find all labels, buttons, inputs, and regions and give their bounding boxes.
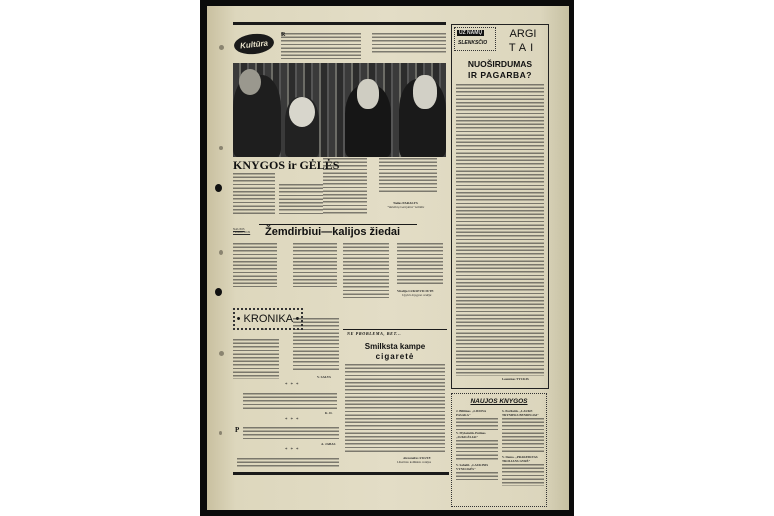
column3-body bbox=[345, 364, 445, 452]
book-item-1: J. Biliūnas. „LIŪDNA PASAKA" bbox=[456, 410, 498, 417]
article2-col3 bbox=[343, 243, 389, 298]
article2-col1 bbox=[233, 243, 277, 287]
new-books-box: NAUJOS KNYGOS J. Biliūnas. „LIŪDNA PASAK… bbox=[451, 393, 547, 507]
kronika-dot: • bbox=[263, 328, 268, 333]
book-item-4: S. Povilaitis. „LAUKE TRYNIEKS BENDELIAI… bbox=[502, 410, 544, 417]
article2-kicker: NAUJOS TRADICIJOS bbox=[233, 228, 257, 235]
book-item-3: V. Sabališ. „LAUKINIS VYNUOGĖS" bbox=[456, 464, 498, 471]
binder-hole bbox=[219, 250, 223, 255]
kronika-item2 bbox=[243, 393, 337, 411]
article1-col2 bbox=[279, 184, 323, 215]
column3-byline-sub: Libertinio kolūkinio vedėjas bbox=[397, 461, 447, 465]
sidebar-title-line3: NUOŠIRDUMAS bbox=[452, 59, 548, 69]
binder-hole bbox=[219, 431, 222, 435]
intro-dropcap: R bbox=[281, 32, 285, 38]
intro-text-col1 bbox=[281, 33, 361, 59]
kronika-dropcap: P bbox=[235, 426, 239, 434]
binder-hole bbox=[215, 288, 222, 296]
sidebar-title-line1: ARGI bbox=[500, 28, 546, 40]
binder-hole bbox=[219, 146, 223, 150]
section-divider bbox=[259, 224, 417, 225]
book-item-4-desc bbox=[502, 418, 544, 454]
separator-stars: *** bbox=[285, 418, 302, 423]
book-item-5-desc bbox=[502, 464, 544, 486]
book-item-5: V. Domo. „PRAKEIKTAS TROLIANS GYRĖ" bbox=[502, 456, 544, 463]
bottom-rule bbox=[233, 472, 449, 475]
article2-byline-sub: Upytės knygyno vedėja bbox=[402, 294, 446, 298]
kronika-byline2: K. D. bbox=[325, 412, 345, 416]
kultura-logo: Kultūra bbox=[233, 32, 275, 56]
kultura-logo-text: Kultūra bbox=[240, 38, 269, 50]
book-item-3-desc bbox=[456, 472, 498, 480]
sidebar-badge-line1: UŽ NAMŲ bbox=[457, 30, 484, 36]
kronika-col2 bbox=[293, 318, 339, 372]
sidebar-badge: UŽ NAMŲ SLENKSČIO bbox=[454, 27, 496, 51]
newspaper-page: Kultūra R KNYGOS ir GĖLĖS Tadas PARALYS … bbox=[207, 6, 569, 510]
photo-four-people bbox=[233, 63, 446, 157]
sidebar-box: UŽ NAMŲ SLENKSČIO ARGI TAI NUOŠIRDUMAS I… bbox=[451, 24, 549, 389]
kronika-byline1: V. SALYS bbox=[317, 376, 341, 380]
kicker-rule bbox=[343, 329, 447, 330]
book-item-2-desc bbox=[456, 440, 498, 460]
book-item-2: V. Mykolaitis-Putinas. „SUKILĖLIAI" bbox=[456, 432, 498, 439]
new-books-title: NAUJOS KNYGOS bbox=[452, 398, 546, 405]
column3-kicker: NE PROBLEMA, BET... bbox=[347, 331, 447, 336]
article1-col3 bbox=[323, 158, 367, 214]
sidebar-badge-line2: SLENKSČIO bbox=[458, 40, 487, 46]
kronika-item3 bbox=[243, 427, 339, 441]
sidebar-byline: Leonėnas TYČKIS bbox=[502, 378, 546, 382]
sidebar-title-line2: TAI bbox=[500, 42, 546, 54]
kronika-title: • KRONIKA • bbox=[235, 313, 301, 325]
separator-stars: *** bbox=[285, 383, 302, 388]
binder-hole bbox=[219, 45, 224, 50]
kronika-item4 bbox=[237, 458, 339, 469]
article1-col1 bbox=[233, 173, 275, 215]
book-item-1-desc bbox=[456, 418, 498, 430]
article1-byline-sub: "Vaistinių Gamyklos" kolūkis bbox=[387, 206, 443, 210]
article2-col4 bbox=[397, 243, 443, 285]
article1-col4 bbox=[379, 158, 437, 194]
kronika-col1 bbox=[233, 339, 279, 379]
column3-title-line2: cigaretė bbox=[343, 352, 447, 361]
sidebar-body bbox=[456, 84, 544, 376]
intro-text-col2 bbox=[372, 33, 446, 53]
article2-title: Žemdirbiui—kalijos žiedai bbox=[265, 226, 400, 238]
sidebar-title-line4: IR PAGARBA? bbox=[452, 70, 548, 80]
kronika-byline3: A. JABAS bbox=[321, 443, 345, 447]
top-rule bbox=[233, 22, 446, 25]
separator-stars: *** bbox=[285, 448, 302, 453]
article2-col2 bbox=[293, 243, 337, 287]
column3-title-line1: Smilksta kampe bbox=[343, 342, 447, 351]
binder-hole bbox=[219, 351, 224, 356]
binder-hole bbox=[215, 184, 222, 192]
